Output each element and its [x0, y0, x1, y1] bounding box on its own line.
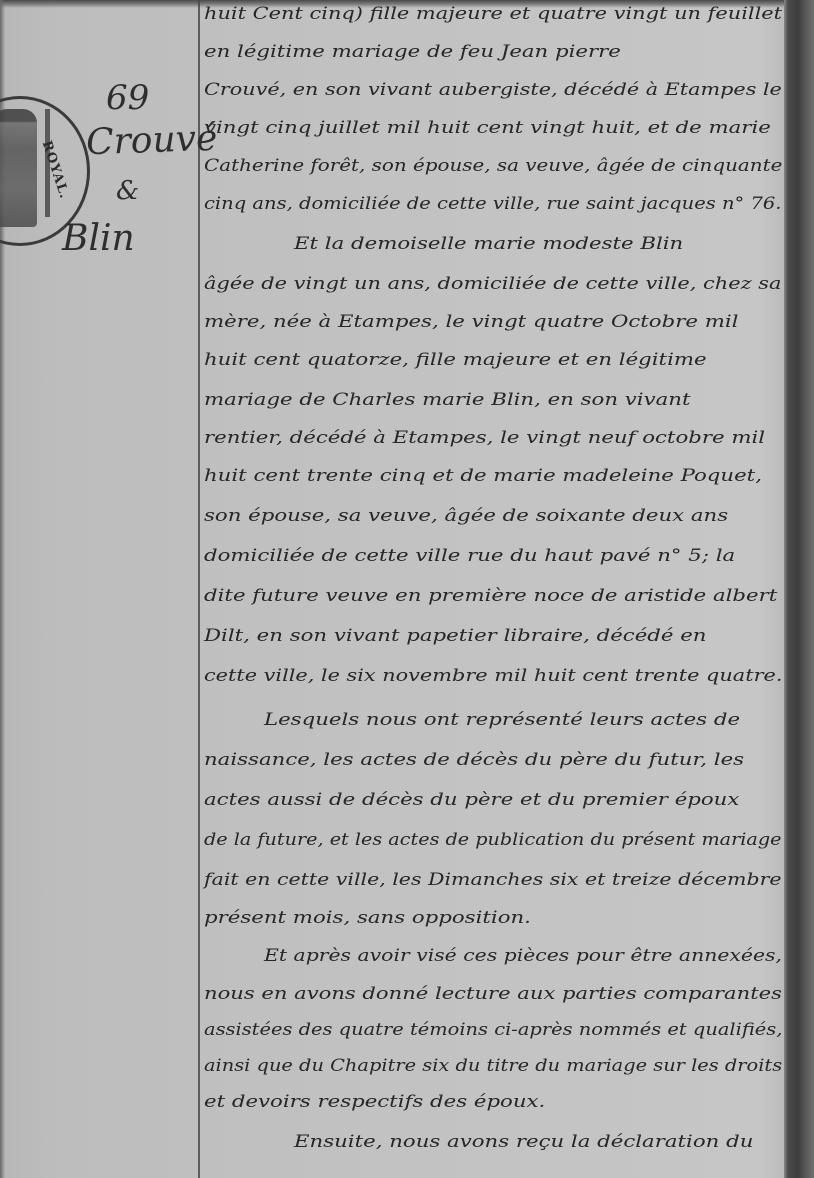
text-line: rentier, décédé à Etampes, le vingt neuf… [204, 428, 765, 448]
stamp-figure [0, 109, 37, 227]
text-line: nous en avons donné lecture aux parties … [204, 984, 782, 1004]
text-line: vingt cinq juillet mil huit cent vingt h… [204, 118, 771, 138]
text-line: fait en cette ville, les Dimanches six e… [204, 870, 782, 890]
text-line: Crouvé, en son vivant aubergiste, décédé… [204, 80, 782, 100]
text-line: âgée de vingt un ans, domiciliée de cett… [204, 274, 781, 294]
text-line: présent mois, sans opposition. [204, 908, 531, 928]
text-line: Lesquels nous ont représenté leurs actes… [264, 710, 740, 730]
text-line: huit Cent cinq) fille majeure et quatre … [204, 4, 782, 24]
text-line: ainsi que du Chapitre six du titre du ma… [204, 1056, 782, 1076]
text-line: domiciliée de cette ville rue du haut pa… [204, 546, 735, 566]
margin-ampersand: & [116, 176, 139, 206]
text-line: Et la demoiselle marie modeste Blin [294, 234, 683, 254]
margin-rule-line [198, 0, 200, 1178]
text-line: cinq ans, domiciliée de cette ville, rue… [204, 194, 781, 214]
text-line: Et après avoir visé ces pièces pour être… [264, 946, 782, 966]
margin-name-groom: Crouvé [85, 118, 218, 164]
text-line: de la future, et les actes de publicatio… [204, 830, 782, 850]
text-line: mariage de Charles marie Blin, en son vi… [204, 390, 690, 410]
text-line: en légitime mariage de feu Jean pierre [204, 42, 621, 62]
text-line: Dilt, en son vivant papetier libraire, d… [204, 626, 706, 646]
stamp-text: ROYAL. [39, 139, 72, 201]
entry-number: 69 [106, 78, 149, 118]
text-line: Catherine forêt, son épouse, sa veuve, â… [204, 156, 782, 176]
text-line: dite future veuve en première noce de ar… [204, 586, 777, 606]
text-line: actes aussi de décès du père et du premi… [204, 790, 739, 810]
text-line: naissance, les actes de décès du père du… [204, 750, 744, 770]
text-line: son épouse, sa veuve, âgée de soixante d… [204, 506, 728, 526]
register-page: ROYAL. 69 Crouvé & Blin huit Cent cinq) … [0, 0, 814, 1178]
text-line: et devoirs respectifs des époux. [204, 1092, 545, 1112]
text-line: Ensuite, nous avons reçu la déclaration … [294, 1132, 753, 1152]
text-line: mère, née à Etampes, le vingt quatre Oct… [204, 312, 738, 332]
page-binding-edge [784, 0, 814, 1178]
text-line: huit cent trente cinq et de marie madele… [204, 466, 762, 486]
text-line: cette ville, le six novembre mil huit ce… [204, 666, 782, 686]
margin-name-bride: Blin [62, 218, 135, 259]
text-line: huit cent quatorze, fille majeure et en … [204, 350, 707, 370]
text-line: assistées des quatre témoins ci-après no… [204, 1020, 782, 1040]
